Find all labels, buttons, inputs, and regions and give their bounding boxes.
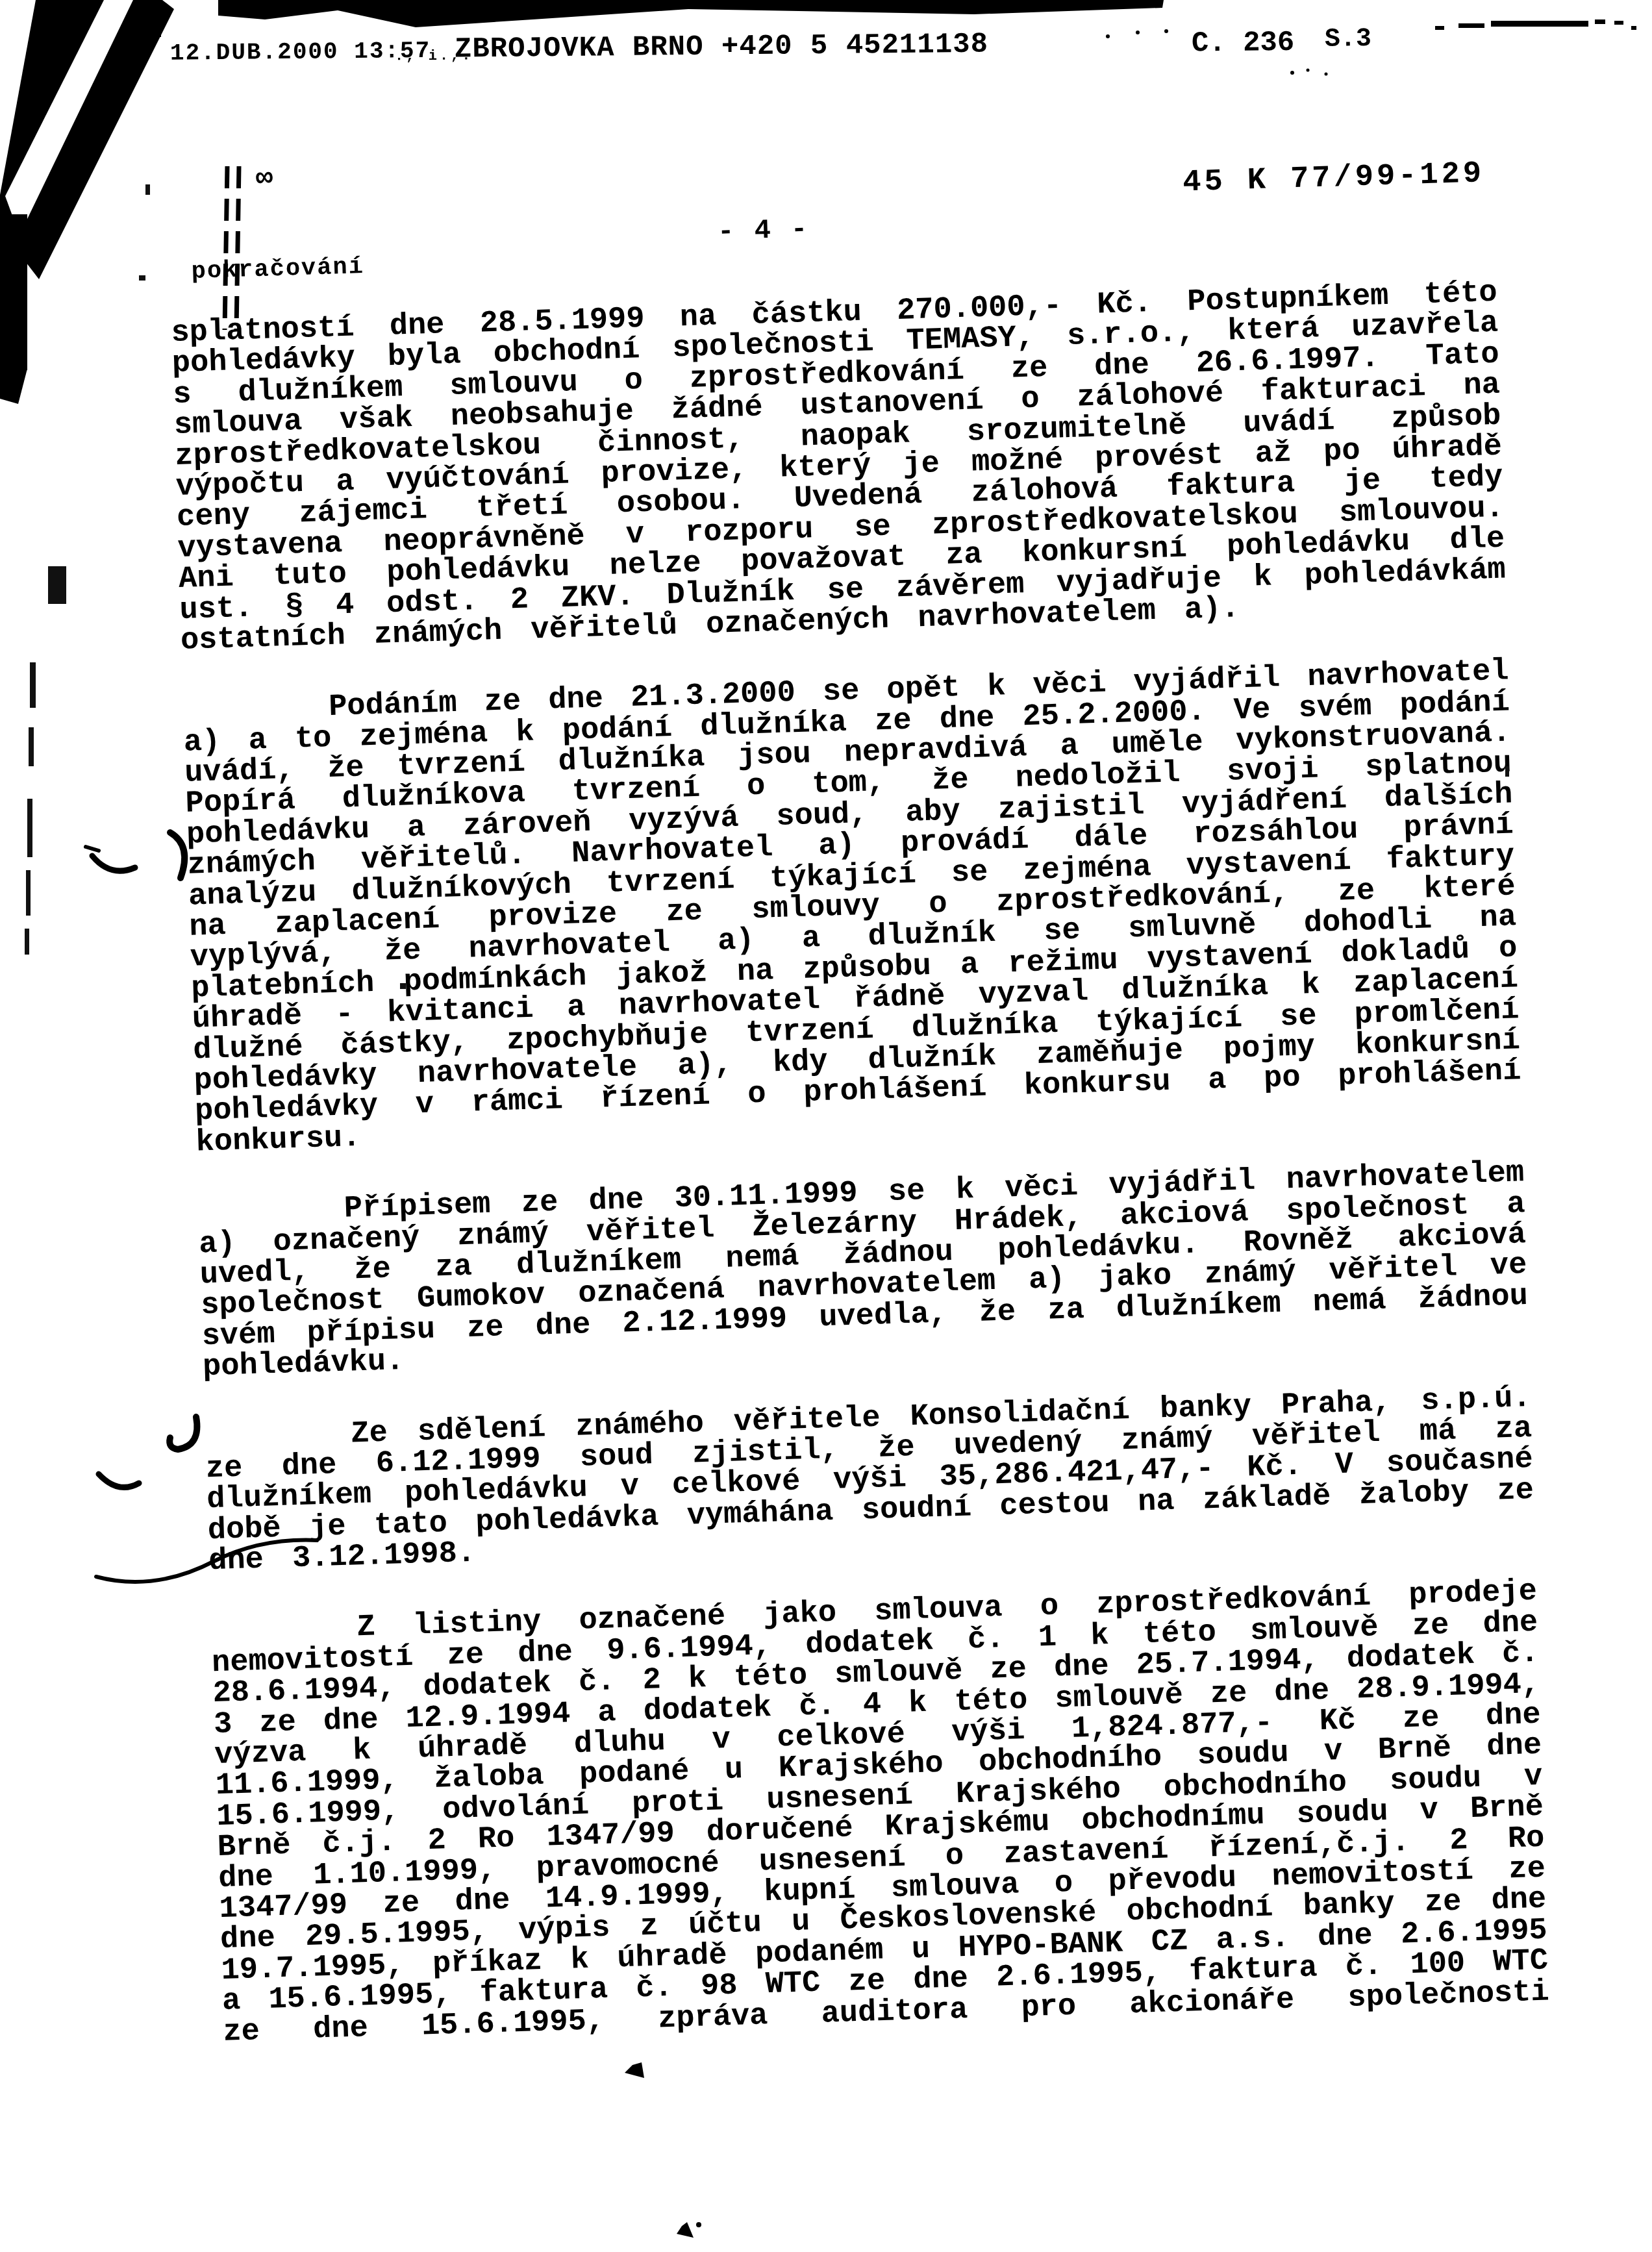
fax-sheet-number: S.3 <box>1325 25 1371 55</box>
scanned-fax-page: { "fax_header": { "timestamp": "12.DUB.2… <box>0 0 1652 2252</box>
handwritten-check-swoosh-2 <box>99 1474 139 1487</box>
paragraph-4: Ze sdělení známého věřitele Konsolidační… <box>205 1382 1535 1577</box>
page-number: - 4 - <box>717 214 809 247</box>
handwritten-j-mark <box>169 1417 197 1449</box>
handwritten-check-swoosh-1 <box>92 856 135 871</box>
case-number: 45 K 77/99-129 <box>1183 156 1485 200</box>
paragraph-2: Podáním ze dne 21.3.2000 se opět k věci … <box>182 657 1523 1158</box>
fax-document-counter: C. 236 <box>1192 27 1295 60</box>
handwritten-infinity-mark: ∞ <box>255 162 274 195</box>
paragraph-1: splatností dne 28.5.1999 na částku 270.0… <box>171 278 1507 657</box>
paragraphs: splatností dne 28.5.1999 na částku 270.0… <box>171 278 1551 2088</box>
left-edge-bar <box>0 214 27 370</box>
corner-streak-white-gap <box>5 0 133 235</box>
bottom-ink-blob-2 <box>677 2222 694 2238</box>
continuation-label: pokračování <box>191 253 364 286</box>
fax-transmission-header: 12.DUB.2000 13:57 ., i.,. ZBROJOVKA BRNO… <box>0 22 1652 83</box>
bottom-ink-dot <box>696 2222 701 2227</box>
handwritten-check-tick-1 <box>86 847 99 851</box>
document-body: 45 K 77/99-129 - 4 - pokračování splatno… <box>162 142 1555 2097</box>
top-edge-scan-bar <box>218 0 1164 27</box>
fax-timestamp: 12.DUB.2000 13:57 <box>170 38 431 67</box>
fax-sender-id: ZBROJOVKA BRNO +420 5 45211138 <box>455 29 989 66</box>
left-edge-bar-tail <box>0 364 27 404</box>
paragraph-5: Z listiny označené jako smlouva o zprost… <box>210 1577 1549 2048</box>
paragraph-3: Přípisem ze dne 30.11.1999 se k věci vyj… <box>197 1158 1529 1383</box>
